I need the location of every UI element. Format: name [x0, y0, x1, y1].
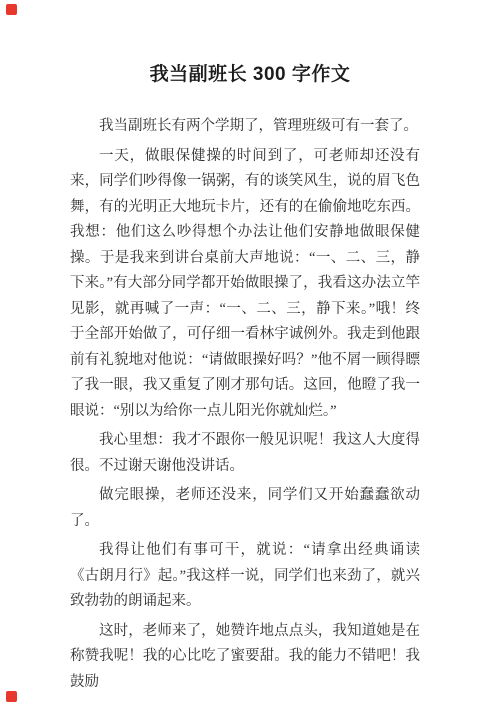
red-square-marker-top-icon [6, 4, 17, 15]
essay-paragraph: 我得让他们有事可干，就说：“请拿出经典诵读《古朗月行》起。”我这样一说，同学们也… [70, 538, 420, 615]
essay-body: 我当副班长有两个学期了，管理班级可有一套了。 一天，做眼保健操的时间到了，可老师… [70, 114, 420, 699]
essay-title: 我当副班长 300 字作文 [0, 62, 500, 88]
essay-page: 我当副班长 300 字作文 我当副班长有两个学期了，管理班级可有一套了。 一天，… [0, 0, 500, 708]
essay-paragraph: 一天，做眼保健操的时间到了，可老师却还没有来，同学们吵得像一锅粥，有的谈笑风生，… [70, 144, 420, 425]
essay-paragraph: 做完眼操，老师还没来，同学们又开始蠢蠢欲动了。 [70, 483, 420, 534]
essay-paragraph: 这时，老师来了，她赞许地点点头，我知道她是在称赞我呢！我的心比吃了蜜要甜。我的能… [70, 619, 420, 696]
red-square-marker-bottom-icon [6, 691, 17, 702]
essay-paragraph: 我心里想：我才不跟你一般见识呢！我这人大度得很。不过谢天谢他没讲话。 [70, 428, 420, 479]
essay-paragraph: 我当副班长有两个学期了，管理班级可有一套了。 [70, 114, 420, 140]
